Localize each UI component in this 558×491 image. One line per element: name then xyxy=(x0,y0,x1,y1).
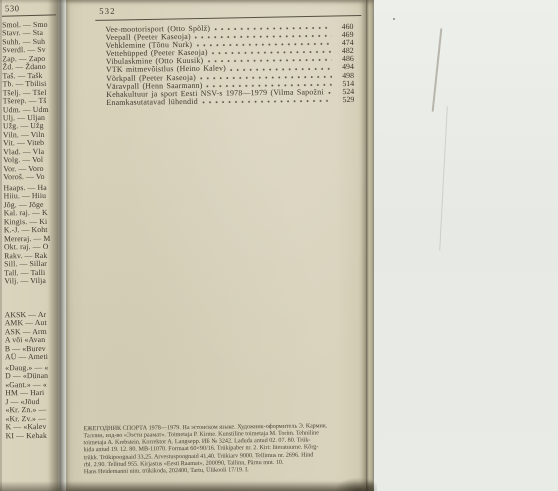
book-scan: 530 Smol. — SmoStavr. — StaSuhh. — SuhSv… xyxy=(0,0,558,491)
toc-dot-leader xyxy=(212,48,332,56)
toc-dot-leader xyxy=(214,23,331,31)
toc-dot-leader xyxy=(328,88,332,95)
scan-corner-shadow xyxy=(335,477,377,491)
toc-dot-leader xyxy=(202,96,333,105)
right-page-content: 532 Vee-mootorisport (Otto Spõlž)460Veep… xyxy=(65,0,371,491)
right-page: 532 Vee-mootorisport (Otto Spõlž)460Veep… xyxy=(66,0,366,491)
scan-bottom-shadow xyxy=(0,481,374,491)
scan-top-shadow xyxy=(0,0,374,4)
toc-title: Enamkasutatavad lühendid xyxy=(106,97,198,107)
paper-crease-lower xyxy=(439,106,448,251)
page-gutter-shadow xyxy=(48,0,70,491)
header-rule xyxy=(95,15,361,21)
toc-row: Enamkasutatavad lühendid529 xyxy=(106,95,354,106)
paper-speck xyxy=(393,18,395,20)
scan-left-edge-shadow xyxy=(0,0,2,491)
left-page-number: 530 xyxy=(5,3,20,13)
paper-crease xyxy=(432,28,442,112)
page-edge xyxy=(366,0,374,491)
colophon: ЕЖЕГОДНИК СПОРТА 1978—1979. На эстонском… xyxy=(83,422,366,476)
toc-dot-leader xyxy=(230,64,332,72)
toc-page-number: 529 xyxy=(334,95,354,104)
page-number: 532 xyxy=(99,6,116,16)
table-of-contents: Vee-mootorisport (Otto Spõlž)460Veepall … xyxy=(105,22,354,106)
background-surface xyxy=(374,0,558,491)
